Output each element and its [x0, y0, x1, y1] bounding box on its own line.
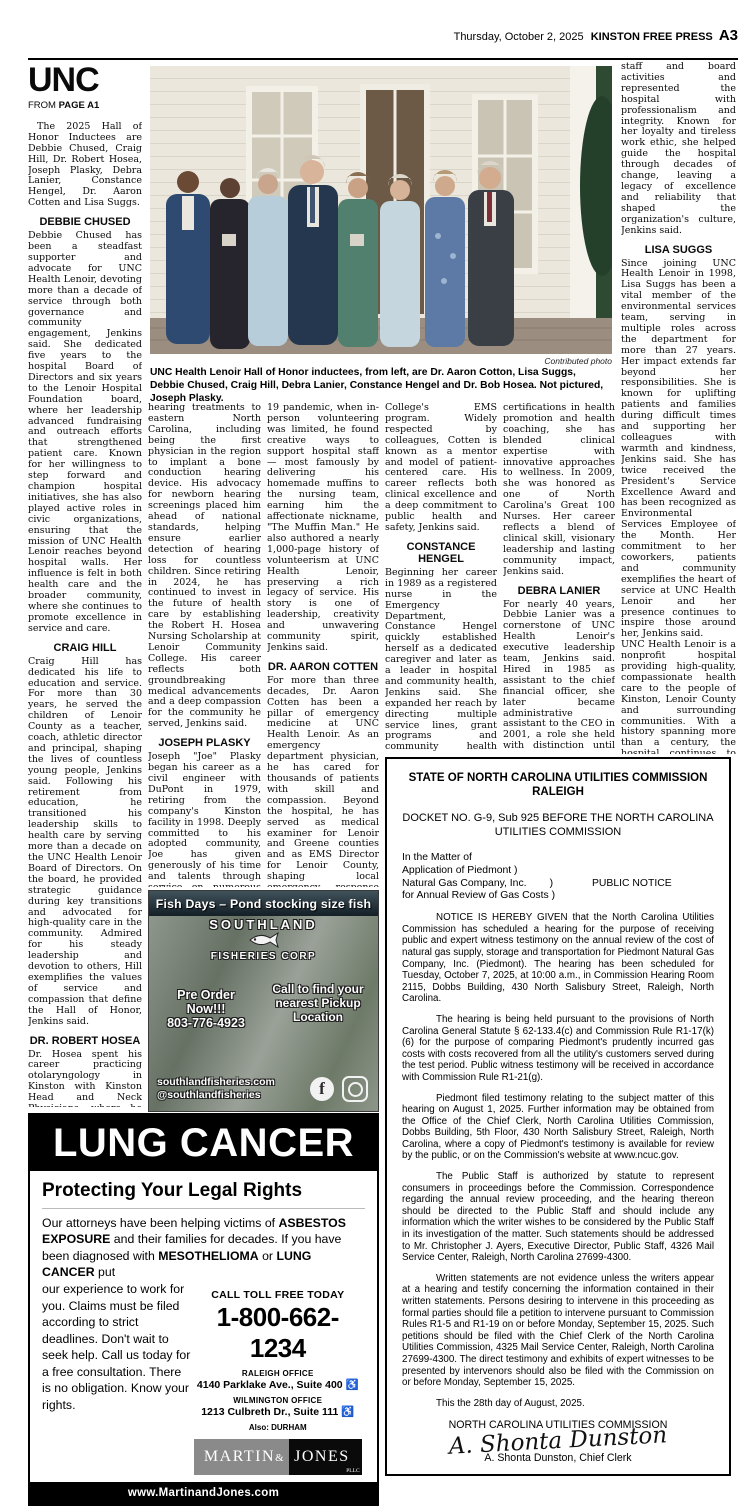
lung-ad-contact: CALL TOLL FREE TODAY 1-800-662-1234 RALE… — [191, 1281, 365, 1482]
lung-ad-intro-text: Our attorneys have been helping victims … — [42, 1216, 279, 1230]
fish-ad-url: southlandfisheries.com — [157, 1076, 275, 1088]
lung-ad-call-label: CALL TOLL FREE TODAY — [191, 1289, 365, 1301]
masthead-rule — [28, 58, 738, 60]
public-notice-label: PUBLIC NOTICE — [592, 878, 672, 891]
article-paragraph: hearing treatments to eastern North Caro… — [148, 403, 261, 730]
article-paragraph: Beginning her career in 1989 as a regist… — [385, 568, 497, 751]
fish-ad-website: southlandfisheries.com @southlandfisheri… — [157, 1076, 275, 1102]
fish-ad: Fish Days – Pond stocking size fish SOUT… — [148, 890, 379, 1112]
lung-ad-office2-label: WILMINGTON OFFICE — [191, 1396, 365, 1405]
lung-ad-phone: 1-800-662-1234 — [191, 1302, 365, 1364]
facebook-icon: f — [310, 1077, 334, 1101]
fish-ad-social-handle: @southlandfisheries — [157, 1089, 261, 1101]
article-paragraph: Craig Hill has dedicated his life to edu… — [28, 657, 142, 1028]
lung-ad-also-durham: Also: DURHAM — [191, 1423, 365, 1432]
instagram-icon — [342, 1076, 368, 1102]
notice-docket-line2: UTILITIES COMMISSION — [402, 825, 714, 839]
notice-title: STATE OF NORTH CAROLINA UTILITIES COMMIS… — [402, 771, 714, 799]
notice-title-line2: RALEIGH — [402, 785, 714, 799]
fish-ad-preorder: Pre Order Now!!! 803-776-4923 — [155, 988, 257, 1030]
inductees-photo-illustration — [150, 66, 612, 354]
martin-jones-logo-left: MARTIN& — [194, 1439, 289, 1475]
lung-ad-office2-address: 1213 Culbreth Dr., Suite 111 ♿ — [191, 1405, 365, 1418]
continued-from-line: FROM PAGE A1 — [28, 101, 142, 112]
continued-from-word: FROM — [28, 100, 56, 111]
article-paragraph: Dr. Hosea spent his career practicing ot… — [28, 1050, 142, 1108]
inductees-photo — [150, 66, 612, 354]
lung-ad-content: Protecting Your Legal Rights Our attorne… — [30, 1171, 377, 1482]
article-paragraph: UNC Health Lenoir is a nonprofit hospita… — [621, 640, 736, 754]
martin-jones-logo: MARTIN& JONESPLLC — [191, 1439, 365, 1475]
article-paragraph: College's EMS program. Widely respected … — [385, 403, 497, 534]
fish-ad-body: SOUTHLAND FISHERIES CORP Pre Order Now!!… — [149, 916, 378, 1112]
article-paragraph: The 2025 Hall of Honor Inductees are Deb… — [28, 122, 142, 209]
notice-matter-line: for Annual Review of Gas Costs ) — [402, 890, 714, 903]
notice-paragraph: Piedmont filed testimony relating to the… — [402, 1093, 714, 1163]
fish-ad-brand: SOUTHLAND FISHERIES CORP — [189, 917, 339, 962]
notice-paragraph: NOTICE IS HEREBY GIVEN that the North Ca… — [402, 912, 714, 1005]
notice-matter-line: In the Matter of — [402, 852, 714, 865]
section-heading: DR. ROBERT HOSEA — [28, 1035, 142, 1047]
section-heading: DEBBIE CHUSED — [28, 216, 142, 228]
article-column-right: staff and board activities and represent… — [621, 62, 736, 754]
lung-ad-intro: Our attorneys have been helping victims … — [42, 1215, 365, 1280]
article-slug: UNC — [28, 62, 142, 98]
notice-matter-block: PUBLIC NOTICE In the Matter ofApplicatio… — [402, 852, 714, 903]
article-paragraph: Joseph "Joe" Plasky began his career as … — [148, 752, 261, 887]
fish-ad-social-icons: f — [310, 1076, 368, 1102]
masthead-page-number: A3 — [719, 27, 738, 44]
signature: A. Shonta Dunston — [402, 1428, 714, 1456]
lung-ad-website-bar: www.MartinandJones.com — [30, 1482, 377, 1504]
fish-ad-phone: 803-776-4923 — [167, 1016, 245, 1030]
lung-ad-office1-address: 4140 Parklake Ave., Suite 400 ♿ — [191, 1378, 365, 1391]
section-heading: CRAIG HILL — [28, 642, 142, 654]
lung-ad-headline: Protecting Your Legal Rights — [42, 1180, 365, 1209]
lung-cancer-ad: LUNG CANCER Protecting Your Legal Rights… — [28, 1113, 379, 1506]
article-column-3: 19 pandemic, when in-person volunteering… — [267, 403, 379, 887]
article-paragraph: certifications in health promotion and h… — [503, 403, 615, 578]
fish-ad-brand-bottom: FISHERIES CORP — [189, 951, 339, 962]
fish-ad-banner: Fish Days – Pond stocking size fish — [149, 891, 378, 916]
article-column-4: College's EMS program. Widely respected … — [385, 403, 497, 751]
notice-docket-line1: DOCKET NO. G-9, Sub 925 BEFORE THE NORTH… — [402, 811, 714, 825]
section-heading: DEBRA LANIER — [503, 585, 615, 597]
notice-dated-line: This the 28th day of August, 2025. — [402, 1398, 714, 1410]
notice-docket: DOCKET NO. G-9, Sub 925 BEFORE THE NORTH… — [402, 811, 714, 839]
photo-caption: UNC Health Lenoir Hall of Honor inductee… — [150, 367, 612, 405]
notice-title-line1: STATE OF NORTH CAROLINA UTILITIES COMMIS… — [402, 771, 714, 785]
fish-ad-brand-top: SOUTHLAND — [189, 917, 339, 932]
article-paragraph: Since joining UNC Health Lenoir in 1998,… — [621, 259, 736, 641]
fish-icon — [246, 932, 282, 948]
article-paragraph: Debbie Chused has been a steadfast suppo… — [28, 231, 142, 635]
notice-matter-line: Application of Piedmont ) — [402, 865, 714, 878]
ampersand: & — [275, 1452, 285, 1464]
article-paragraph: 19 pandemic, when in-person volunteering… — [267, 403, 379, 654]
masthead-date: Thursday, October 2, 2025 — [454, 31, 584, 43]
article-column-5: certifications in health promotion and h… — [503, 403, 615, 751]
utilities-commission-notice: STATE OF NORTH CAROLINA UTILITIES COMMIS… — [385, 757, 731, 1476]
lung-ad-banner: LUNG CANCER — [30, 1115, 377, 1171]
section-heading: CONSTANCE HENGEL — [385, 541, 497, 565]
notice-paragraphs: NOTICE IS HEREBY GIVEN that the North Ca… — [402, 912, 714, 1389]
lung-ad-intro-text: or — [259, 1249, 277, 1263]
continued-from-page: PAGE A1 — [59, 100, 100, 111]
martin-jones-logo-right: JONESPLLC — [289, 1439, 362, 1475]
section-heading: JOSEPH PLASKY — [148, 737, 261, 749]
lung-ad-body-left: our experience to work for you. Claims m… — [42, 1281, 191, 1482]
masthead-paper-name: KINSTON FREE PRESS — [591, 31, 713, 43]
article-paragraph: staff and board activities and represent… — [621, 62, 736, 237]
notice-paragraph: The Public Staff is authorized by statut… — [402, 1171, 714, 1264]
fish-ad-call-text: Call to find your nearest Pickup Locatio… — [262, 982, 374, 1024]
article-paragraph: For nearly 40 years, Debbie Lanier was a… — [503, 600, 615, 752]
section-heading: LISA SUGGS — [621, 244, 736, 256]
article-column-2: hearing treatments to eastern North Caro… — [148, 403, 261, 887]
lung-ad-intro-text: put — [95, 1265, 116, 1279]
masthead: Thursday, October 2, 2025 KINSTON FREE P… — [454, 27, 738, 44]
pllc-suffix: PLLC — [346, 1468, 359, 1474]
notice-paragraph: Written statements are not evidence unle… — [402, 1273, 714, 1389]
notice-paragraph: The hearing is being held pursuant to th… — [402, 1014, 714, 1084]
article-paragraph: For more than three decades, Dr. Aaron C… — [267, 676, 379, 887]
photo-credit: Contributed photo — [150, 356, 612, 366]
fish-ad-preorder-line2: Now!!! — [187, 1002, 226, 1016]
lung-ad-intro-bold: MESOTHELIOMA — [158, 1249, 258, 1263]
section-heading: DR. AARON COTTEN — [267, 661, 379, 673]
article-column-left: UNC FROM PAGE A1 The 2025 Hall of Honor … — [28, 62, 142, 1107]
lung-ad-office1-label: RALEIGH OFFICE — [191, 1369, 365, 1378]
fish-ad-preorder-line1: Pre Order — [177, 988, 235, 1002]
